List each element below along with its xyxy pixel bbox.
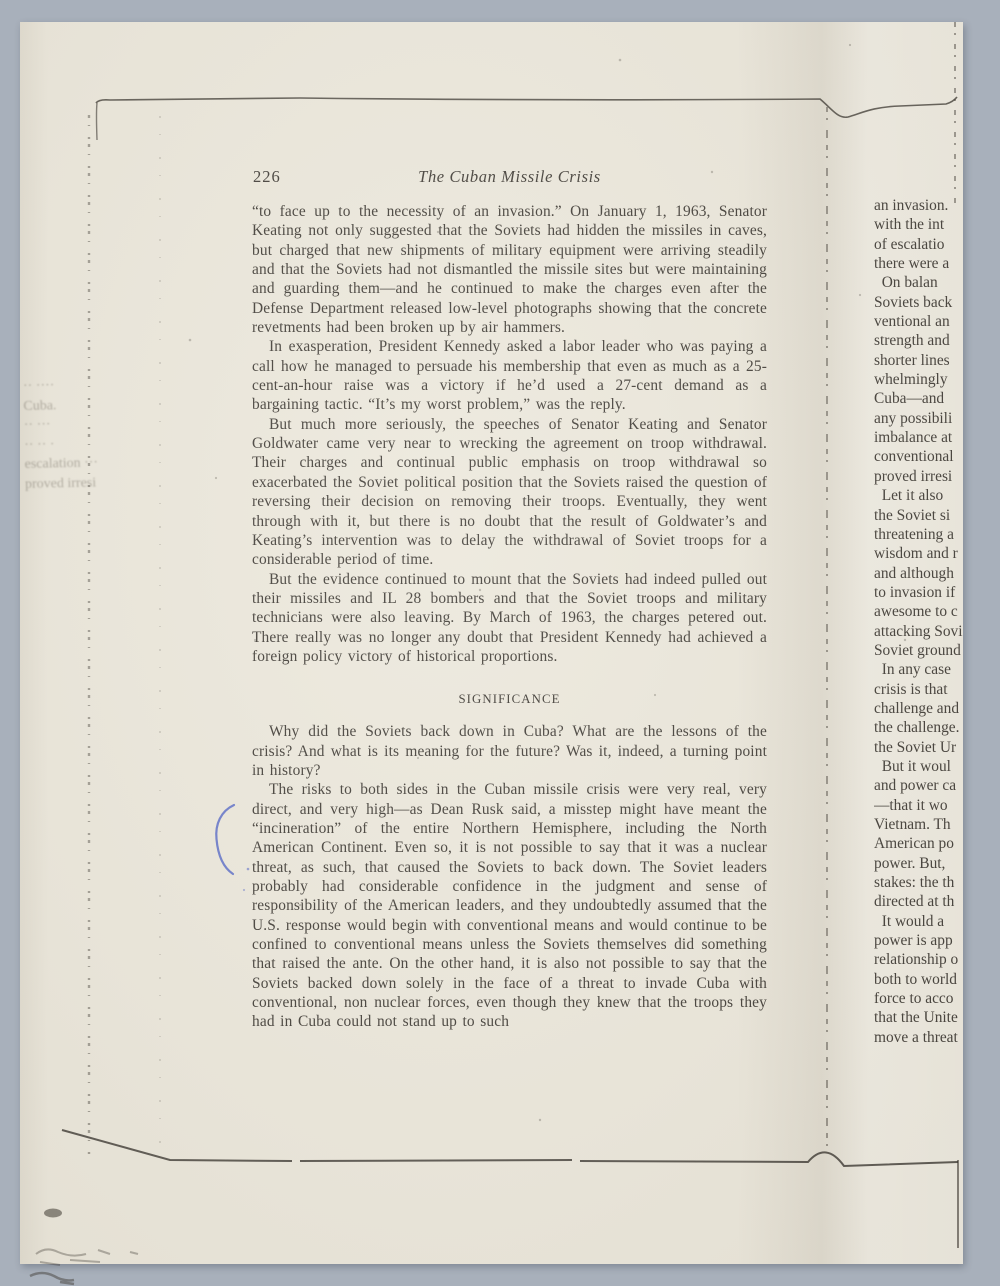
facing-page-line: ventional an: [874, 312, 964, 331]
facing-page-line: It would a: [874, 912, 964, 931]
main-text-column: 226 The Cuban Missile Crisis “to face up…: [252, 167, 767, 1032]
facing-page-line: crisis is that: [874, 680, 964, 699]
facing-page-line: imbalance at: [874, 428, 964, 447]
bleedthrough-fragment: ·· ·· ·: [24, 433, 120, 455]
facing-page-line: with the int: [874, 215, 964, 234]
bleedthrough-fragment: ·· ···: [24, 414, 120, 436]
facing-page-line: whelmingly: [874, 370, 964, 389]
facing-page-line: Soviet ground: [874, 641, 964, 660]
bleedthrough-fragment: ·· ····: [23, 375, 119, 397]
facing-page-line: Cuba—and: [874, 389, 964, 408]
facing-page-line: proved irresi: [874, 467, 964, 486]
facing-page-line: an invasion.: [874, 196, 964, 215]
facing-page-line: strength and: [874, 331, 964, 350]
facing-page-line: American po: [874, 834, 964, 853]
facing-page-text-sliver: an invasion.with the intof escalatiother…: [874, 196, 964, 1056]
facing-page-line: and although: [874, 564, 964, 583]
scanned-book-page: ·· ····Cuba.·· ····· ·· ·escalation ···p…: [0, 0, 1000, 1286]
facing-page-line: threatening a: [874, 525, 964, 544]
facing-page-line: move a threat: [874, 1028, 964, 1047]
facing-page-line: Let it also: [874, 486, 964, 505]
page-header: 226 The Cuban Missile Crisis: [252, 167, 767, 191]
facing-page-line: relationship o: [874, 950, 964, 969]
section-heading: SIGNIFICANCE: [252, 692, 767, 707]
facing-page-line: conventional: [874, 447, 964, 466]
facing-page-line: of escalatio: [874, 235, 964, 254]
facing-page-line: stakes: the th: [874, 873, 964, 892]
facing-page-line: —that it wo: [874, 796, 964, 815]
facing-page-line: shorter lines: [874, 351, 964, 370]
facing-page-line: and power ca: [874, 776, 964, 795]
facing-page-line: any possibili: [874, 409, 964, 428]
facing-page-line: challenge and: [874, 699, 964, 718]
facing-page-line: awesome to c: [874, 602, 964, 621]
body-paragraph: The risks to both sides in the Cuban mis…: [252, 780, 767, 1031]
facing-page-line: that the Unite: [874, 1008, 964, 1027]
facing-page-line: Vietnam. Th: [874, 815, 964, 834]
facing-page-line: force to acco: [874, 989, 964, 1008]
facing-page-line: In any case: [874, 660, 964, 679]
facing-page-line: there were a: [874, 254, 964, 273]
margin-bleedthrough-text: ·· ····Cuba.·· ····· ·· ·escalation ···p…: [23, 375, 121, 494]
facing-page-line: wisdom and r: [874, 544, 964, 563]
body-paragraph: “to face up to the necessity of an invas…: [252, 202, 767, 337]
body-paragraph: Why did the Soviets back down in Cuba? W…: [252, 722, 767, 780]
bleedthrough-fragment: Cuba.: [23, 395, 119, 417]
facing-page-line: the challenge.: [874, 718, 964, 737]
facing-page-line: both to world: [874, 970, 964, 989]
corner-speckles: [30, 1273, 74, 1284]
facing-page-line: the Soviet Ur: [874, 738, 964, 757]
body-paragraph: But the evidence continued to mount that…: [252, 570, 767, 667]
facing-page-line: power. But,: [874, 854, 964, 873]
running-title: The Cuban Missile Crisis: [252, 167, 767, 187]
facing-page-line: directed at th: [874, 892, 964, 911]
body-paragraph: In exasperation, President Kennedy asked…: [252, 337, 767, 414]
bleedthrough-fragment: proved irresi: [25, 472, 121, 494]
facing-page-line: On balan: [874, 273, 964, 292]
facing-page-line: Soviets back: [874, 293, 964, 312]
facing-page-line: the Soviet si: [874, 506, 964, 525]
facing-page-line: attacking Sovi: [874, 622, 964, 641]
facing-page-line: power is app: [874, 931, 964, 950]
bleedthrough-fragment: escalation ···: [24, 453, 120, 475]
facing-page-line: to invasion if: [874, 583, 964, 602]
facing-page-line: But it woul: [874, 757, 964, 776]
body-paragraph: But much more seriously, the speeches of…: [252, 415, 767, 570]
